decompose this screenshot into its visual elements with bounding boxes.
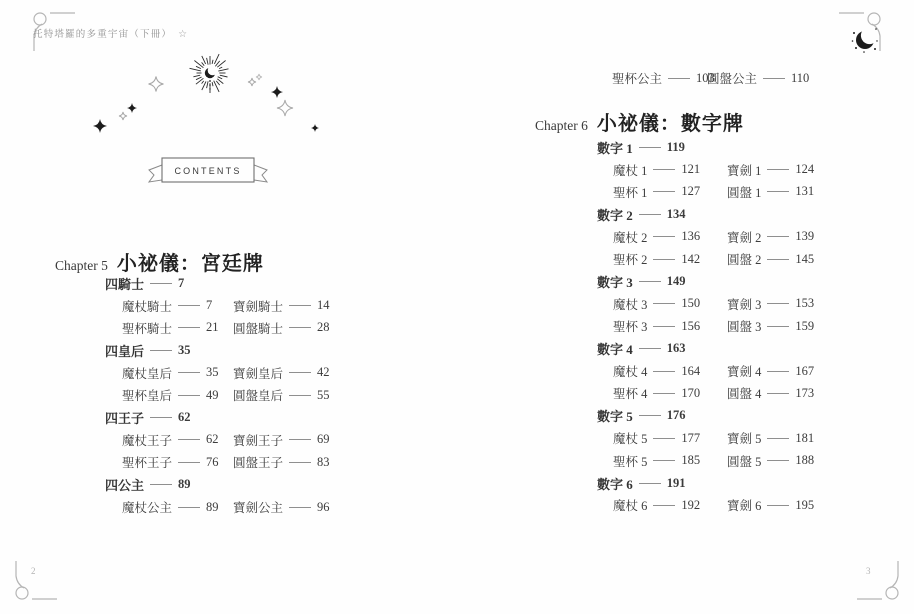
sparkle-star-icon (127, 103, 137, 113)
toc-entry-page-number: 159 (795, 319, 814, 334)
sparkle-star-icon (119, 112, 127, 120)
leader-line (150, 283, 172, 284)
toc-item-row: 魔杖公主89寶劍公主96 (105, 496, 375, 518)
toc-entry: 魔杖皇后35 (122, 364, 233, 382)
toc-entry-label: 寶劍公主 (233, 498, 283, 516)
sparkle-star-icon (149, 77, 164, 92)
toc-entry: 聖杯公主103 (612, 69, 707, 87)
leader-line (289, 462, 311, 463)
leader-line (767, 393, 789, 394)
toc-entry-page-number: 153 (795, 296, 814, 311)
toc-entry: 寶劍王子69 (233, 431, 330, 449)
toc-section-page-number: 149 (667, 274, 686, 289)
leader-line (639, 415, 661, 416)
toc-entry-label: 圓盤 3 (727, 317, 761, 335)
toc-entry-page-number: 96 (317, 500, 330, 515)
leader-line (289, 439, 311, 440)
toc-entry-page-number: 83 (317, 455, 330, 470)
toc-section-page-number: 35 (178, 343, 191, 358)
toc-section-title: 四皇后 (105, 341, 144, 360)
toc-entry-label: 寶劍 5 (727, 429, 761, 447)
leader-line (289, 327, 311, 328)
toc-entry-page-number: 167 (795, 364, 814, 379)
toc-entry: 魔杖 3150 (613, 295, 727, 313)
leader-line (289, 395, 311, 396)
toc-entry-page-number: 121 (681, 162, 700, 177)
toc-entry: 圓盤 3159 (727, 317, 814, 335)
page-number-right: 3 (866, 566, 871, 576)
toc-entry-label: 寶劍皇后 (233, 364, 283, 382)
star-outline-icon: ☆ (178, 29, 188, 40)
toc-section-row: 數字 2134 (597, 203, 882, 225)
toc-entry-page-number: 170 (681, 386, 700, 401)
toc-entry: 聖杯 5185 (613, 452, 727, 470)
toc-entry-label: 魔杖 1 (613, 161, 647, 179)
toc-section-row: 數字 4163 (597, 338, 882, 360)
running-head: 托特塔羅的多重宇宙（下冊）☆ (33, 26, 188, 40)
leader-line (763, 78, 785, 79)
toc-entry-page-number: 35 (206, 365, 219, 380)
toc-entry: 圓盤 1131 (727, 183, 814, 201)
leader-line (767, 460, 789, 461)
toc-section-row: 四王子62 (105, 406, 375, 428)
toc-entry-label: 聖杯 1 (613, 183, 647, 201)
toc-entry-page-number: 127 (681, 184, 700, 199)
toc-entry-page-number: 139 (795, 229, 814, 244)
toc-entry: 圓盤皇后55 (233, 386, 330, 404)
crescent-moon-icon (850, 24, 884, 61)
toc-section-title: 數字 6 (597, 474, 633, 493)
leader-line (289, 507, 311, 508)
leader-line (653, 371, 675, 372)
toc-entry: 魔杖王子62 (122, 431, 233, 449)
leader-line (653, 169, 675, 170)
toc-entry-page-number: 69 (317, 432, 330, 447)
toc-item-row: 魔杖王子62寶劍王子69 (105, 429, 375, 451)
toc-item-row: 聖杯王子76圓盤王子83 (105, 451, 375, 473)
toc-item-row: 魔杖 1121寶劍 1124 (597, 158, 882, 180)
toc-entry: 聖杯皇后49 (122, 386, 233, 404)
leader-line (653, 438, 675, 439)
leader-line (767, 236, 789, 237)
toc-entry-label: 魔杖公主 (122, 498, 172, 516)
leader-line (639, 214, 661, 215)
toc-item-row: 魔杖 6192寶劍 6195 (597, 494, 882, 516)
toc-carryover-rows: 聖杯公主103圓盤公主110 (612, 67, 897, 89)
toc-section-row: 四騎士7 (105, 272, 375, 294)
toc-item-row: 魔杖 3150寶劍 3153 (597, 293, 882, 315)
toc-entry-page-number: 136 (681, 229, 700, 244)
toc-entry-page-number: 131 (795, 184, 814, 199)
leader-line (653, 259, 675, 260)
toc-entry-page-number: 188 (795, 453, 814, 468)
toc-entry-label: 圓盤騎士 (233, 319, 283, 337)
toc-entry-page-number: 124 (795, 162, 814, 177)
leader-line (639, 147, 661, 148)
toc-entry: 魔杖 1121 (613, 161, 727, 179)
toc-entry-page-number: 185 (681, 453, 700, 468)
toc-section-title: 數字 4 (597, 339, 633, 358)
toc-entry-page-number: 49 (206, 388, 219, 403)
leader-line (767, 371, 789, 372)
sparkle-star-icon (93, 119, 107, 133)
chapter-title: 小祕儀：數字牌 (597, 107, 744, 136)
sparkle-star-icon (311, 124, 319, 132)
toc-section-page-number: 119 (667, 140, 685, 155)
toc-item-row: 魔杖騎士7寶劍騎士14 (105, 294, 375, 316)
toc-entry-page-number: 164 (681, 364, 700, 379)
toc-entry-page-number: 21 (206, 320, 219, 335)
toc-entry: 圓盤公主110 (707, 69, 809, 87)
toc-entry-label: 聖杯 4 (613, 384, 647, 402)
toc-entry-page-number: 192 (681, 498, 700, 513)
leader-line (653, 236, 675, 237)
toc-entry-page-number: 156 (681, 319, 700, 334)
toc-entry: 寶劍公主96 (233, 498, 330, 516)
toc-item-row: 聖杯 5185圓盤 5188 (597, 449, 882, 471)
chapter-label: Chapter 5 (55, 258, 108, 274)
toc-entry-label: 聖杯公主 (612, 69, 662, 87)
toc-left-page: 四騎士7魔杖騎士7寶劍騎士14聖杯騎士21圓盤騎士28四皇后35魔杖皇后35寶劍… (105, 272, 375, 518)
toc-entry-label: 寶劍 2 (727, 228, 761, 246)
toc-entry-label: 魔杖 2 (613, 228, 647, 246)
toc-item-row: 聖杯皇后49圓盤皇后55 (105, 384, 375, 406)
toc-entry: 聖杯 2142 (613, 250, 727, 268)
leader-line (668, 78, 690, 79)
toc-entry: 寶劍 6195 (727, 496, 814, 514)
leader-line (653, 303, 675, 304)
contents-ribbon-banner: CONTENTS (146, 155, 270, 194)
toc-item-row: 魔杖皇后35寶劍皇后42 (105, 362, 375, 384)
book-toc-spread: 托特塔羅的多重宇宙（下冊）☆ (0, 0, 914, 614)
toc-section-row: 四皇后35 (105, 339, 375, 361)
toc-entry: 寶劍 2139 (727, 228, 814, 246)
leader-line (767, 191, 789, 192)
toc-entry-page-number: 195 (795, 498, 814, 513)
toc-section-row: 四公主89 (105, 474, 375, 496)
toc-entry-page-number: 7 (206, 298, 212, 313)
toc-section-page-number: 176 (667, 408, 686, 423)
toc-entry: 寶劍騎士14 (233, 297, 330, 315)
leader-line (178, 507, 200, 508)
leader-line (767, 505, 789, 506)
toc-entry-label: 寶劍王子 (233, 431, 283, 449)
leader-line (767, 326, 789, 327)
toc-entry-label: 寶劍 3 (727, 295, 761, 313)
toc-entry: 魔杖 4164 (613, 362, 727, 380)
toc-entry-page-number: 150 (681, 296, 700, 311)
toc-entry-label: 寶劍 1 (727, 161, 761, 179)
toc-entry: 魔杖公主89 (122, 498, 233, 516)
toc-entry-label: 聖杯 5 (613, 452, 647, 470)
toc-entry-label: 魔杖王子 (122, 431, 172, 449)
leader-line (289, 372, 311, 373)
toc-entry: 圓盤 2145 (727, 250, 814, 268)
book-title: 托特塔羅的多重宇宙（下冊） (33, 30, 172, 40)
toc-entry-label: 聖杯王子 (122, 453, 172, 471)
toc-item-row: 魔杖 2136寶劍 2139 (597, 226, 882, 248)
toc-entry-page-number: 110 (791, 71, 809, 86)
toc-entry: 魔杖騎士7 (122, 297, 233, 315)
toc-section-title: 數字 3 (597, 272, 633, 291)
toc-entry: 聖杯 1127 (613, 183, 727, 201)
sparkle-star-icon (277, 100, 293, 116)
toc-item-row: 魔杖 5177寶劍 5181 (597, 427, 882, 449)
toc-section-title: 數字 1 (597, 138, 633, 157)
toc-entry: 魔杖 2136 (613, 228, 727, 246)
toc-entry-page-number: 173 (795, 386, 814, 401)
toc-entry-page-number: 55 (317, 388, 330, 403)
toc-entry-label: 魔杖騎士 (122, 297, 172, 315)
toc-entry-label: 聖杯 3 (613, 317, 647, 335)
toc-entry-page-number: 177 (681, 431, 700, 446)
toc-entry-label: 圓盤 4 (727, 384, 761, 402)
toc-entry-label: 寶劍 4 (727, 362, 761, 380)
toc-entry-page-number: 42 (317, 365, 330, 380)
toc-section-title: 四公主 (105, 475, 144, 494)
toc-entry-label: 聖杯騎士 (122, 319, 172, 337)
toc-entry-page-number: 145 (795, 252, 814, 267)
toc-item-row: 聖杯 2142圓盤 2145 (597, 248, 882, 270)
corner-ornament-bottom-right (856, 560, 904, 604)
toc-entry-label: 圓盤王子 (233, 453, 283, 471)
toc-item-row: 聖杯騎士21圓盤騎士28 (105, 317, 375, 339)
sparkle-star-icon (271, 86, 283, 98)
toc-entry: 聖杯騎士21 (122, 319, 233, 337)
page-number-left: 2 (31, 566, 36, 576)
chapter-6-heading: Chapter 6 小祕儀：數字牌 (535, 107, 744, 136)
toc-item-row: 魔杖 4164寶劍 4167 (597, 360, 882, 382)
contents-banner-label: CONTENTS (174, 166, 241, 176)
leader-line (178, 372, 200, 373)
toc-right-page: 數字 1119魔杖 1121寶劍 1124聖杯 1127圓盤 1131數字 21… (597, 136, 882, 517)
toc-item-row: 聖杯 4170圓盤 4173 (597, 382, 882, 404)
toc-entry: 圓盤王子83 (233, 453, 330, 471)
leader-line (150, 417, 172, 418)
toc-item-row: 聖杯 3156圓盤 3159 (597, 315, 882, 337)
toc-entry-label: 圓盤 5 (727, 452, 761, 470)
toc-entry-page-number: 142 (681, 252, 700, 267)
leader-line (767, 438, 789, 439)
leader-line (653, 460, 675, 461)
toc-entry-page-number: 181 (795, 431, 814, 446)
toc-entry-page-number: 62 (206, 432, 219, 447)
toc-entry: 圓盤 5188 (727, 452, 814, 470)
leader-line (289, 305, 311, 306)
toc-entry: 聖杯王子76 (122, 453, 233, 471)
toc-entry: 魔杖 6192 (613, 496, 727, 514)
toc-item-row: 聖杯公主103圓盤公主110 (612, 67, 897, 89)
leader-line (653, 191, 675, 192)
toc-entry-label: 聖杯 2 (613, 250, 647, 268)
leader-line (150, 484, 172, 485)
toc-entry-label: 聖杯皇后 (122, 386, 172, 404)
toc-entry-page-number: 76 (206, 455, 219, 470)
sparkle-star-icons (93, 74, 319, 133)
toc-section-page-number: 134 (667, 207, 686, 222)
leader-line (639, 281, 661, 282)
toc-entry-label: 圓盤皇后 (233, 386, 283, 404)
toc-entry-page-number: 28 (317, 320, 330, 335)
toc-section-row: 數字 6191 (597, 472, 882, 494)
leader-line (653, 505, 675, 506)
toc-section-page-number: 89 (178, 477, 191, 492)
leader-line (178, 462, 200, 463)
toc-section-row: 數字 1119 (597, 136, 882, 158)
toc-entry: 寶劍 5181 (727, 429, 814, 447)
chapter-label: Chapter 6 (535, 118, 588, 134)
toc-section-title: 數字 2 (597, 205, 633, 224)
toc-entry-label: 圓盤 1 (727, 183, 761, 201)
leader-line (639, 483, 661, 484)
toc-entry-label: 圓盤公主 (707, 69, 757, 87)
toc-entry: 聖杯 3156 (613, 317, 727, 335)
leader-line (653, 326, 675, 327)
toc-entry-label: 圓盤 2 (727, 250, 761, 268)
toc-section-page-number: 191 (667, 476, 686, 491)
toc-entry: 寶劍 1124 (727, 161, 814, 179)
toc-entry: 圓盤騎士28 (233, 319, 330, 337)
toc-section-page-number: 163 (667, 341, 686, 356)
toc-section-page-number: 7 (178, 276, 184, 291)
toc-entry-label: 魔杖 6 (613, 496, 647, 514)
toc-entry-label: 魔杖 3 (613, 295, 647, 313)
toc-entry-label: 魔杖 5 (613, 429, 647, 447)
leader-line (767, 169, 789, 170)
toc-entry-label: 寶劍騎士 (233, 297, 283, 315)
toc-entry: 聖杯 4170 (613, 384, 727, 402)
leader-line (653, 393, 675, 394)
leader-line (150, 350, 172, 351)
toc-entry-label: 魔杖皇后 (122, 364, 172, 382)
toc-section-title: 四騎士 (105, 274, 144, 293)
leader-line (639, 348, 661, 349)
leader-line (178, 305, 200, 306)
toc-section-title: 數字 5 (597, 406, 633, 425)
toc-entry: 圓盤 4173 (727, 384, 814, 402)
toc-entry: 寶劍 4167 (727, 362, 814, 380)
toc-entry: 魔杖 5177 (613, 429, 727, 447)
leader-line (767, 259, 789, 260)
toc-entry-label: 魔杖 4 (613, 362, 647, 380)
sparkle-star-icon (248, 78, 256, 86)
toc-entry: 寶劍皇后42 (233, 364, 330, 382)
toc-item-row: 聖杯 1127圓盤 1131 (597, 181, 882, 203)
sparkle-star-icon (256, 74, 262, 80)
toc-section-title: 四王子 (105, 408, 144, 427)
toc-section-page-number: 62 (178, 410, 191, 425)
leader-line (178, 439, 200, 440)
toc-section-row: 數字 5176 (597, 405, 882, 427)
toc-section-row: 數字 3149 (597, 270, 882, 292)
leader-line (767, 303, 789, 304)
toc-entry-label: 寶劍 6 (727, 496, 761, 514)
leader-line (178, 327, 200, 328)
leader-line (178, 395, 200, 396)
toc-entry-page-number: 14 (317, 298, 330, 313)
toc-entry: 寶劍 3153 (727, 295, 814, 313)
toc-entry-page-number: 89 (206, 500, 219, 515)
